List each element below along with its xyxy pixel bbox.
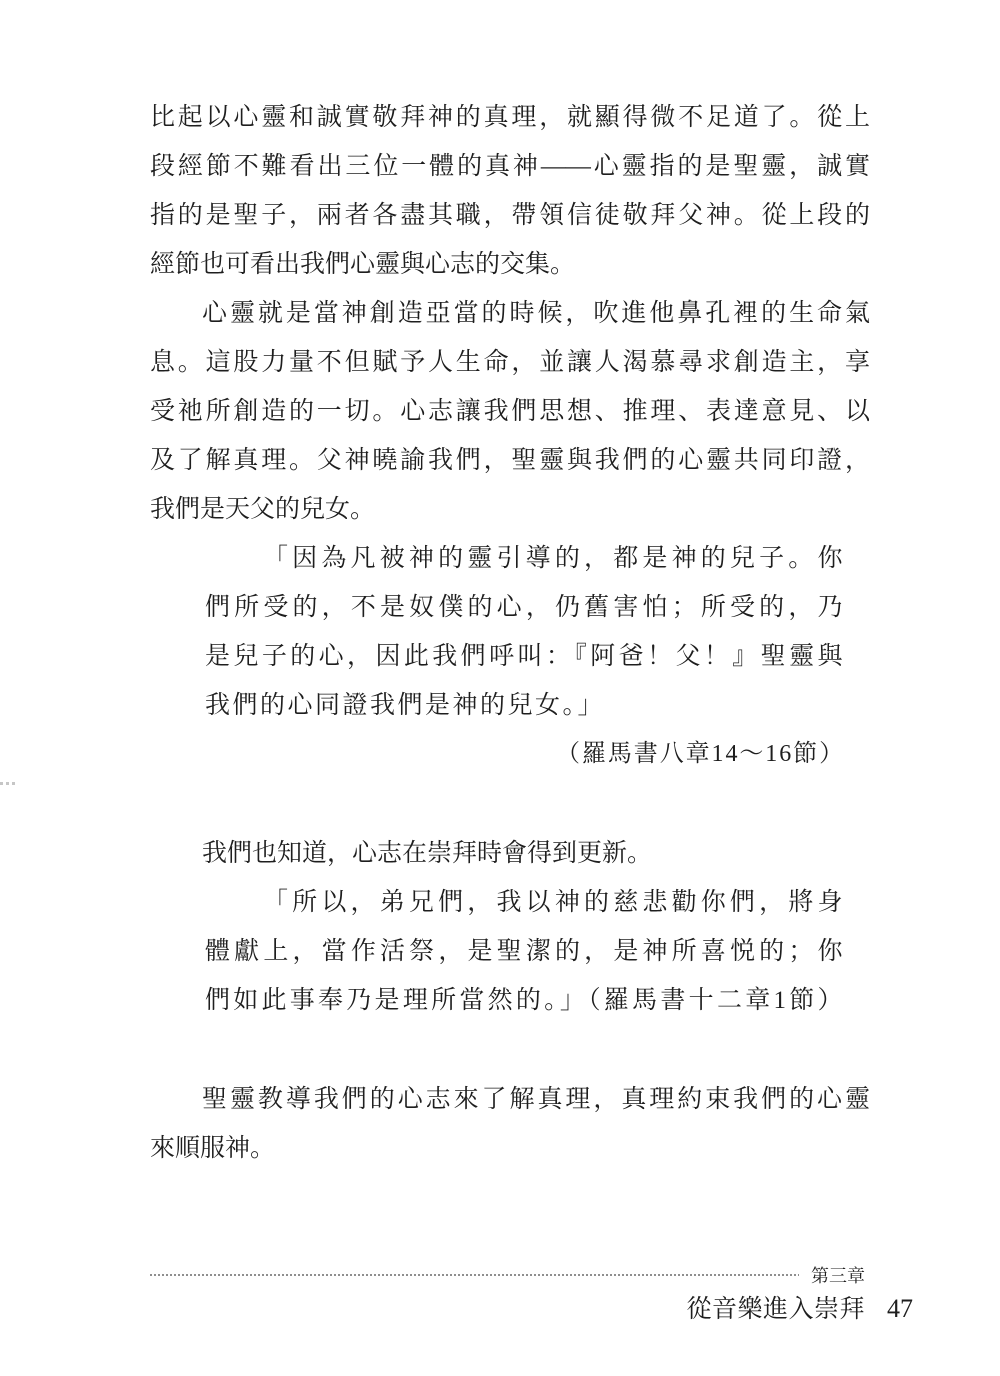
quote-line: 是兒子的心，因此我們呼叫：『阿爸！父！』聖靈與 — [205, 632, 845, 681]
text-line: 比起以心靈和誠實敬拜神的真理，就顯得微不足道了。從上 — [150, 93, 870, 142]
quote-line: 「因為凡被神的靈引導的，都是神的兒子。你 — [205, 534, 845, 583]
text-line: 我們也知道，心志在崇拜時會得到更新。 — [150, 829, 870, 878]
page-number: 47 — [887, 1294, 913, 1323]
quote-line: 們如此事奉乃是理所當然的。」（羅馬書十二章1節） — [205, 976, 845, 1025]
scripture-quote-block: 「因為凡被神的靈引導的，都是神的兒子。你 們所受的，不是奴僕的心，仍舊害怕；所受… — [205, 534, 845, 779]
text-line: 心靈就是當神創造亞當的時候，吹進他鼻孔裡的生命氣 — [150, 289, 870, 338]
text-line: 來順服神。 — [150, 1124, 870, 1173]
binding-mark — [0, 782, 16, 785]
text-line: 指的是聖子，兩者各盡其職，帶領信徒敬拜父神。從上段的 — [150, 191, 870, 240]
text-line: 息。這股力量不但賦予人生命，並讓人渴慕尋求創造主，享 — [150, 338, 870, 387]
page-content: 比起以心靈和誠實敬拜神的真理，就顯得微不足道了。從上 段經節不難看出三位一體的真… — [150, 93, 870, 1173]
text-line: 及了解真理。父神曉諭我們，聖靈與我們的心靈共同印證， — [150, 436, 870, 485]
body-paragraph: 聖靈教導我們的心志來了解真理，真理約束我們的心靈 來順服神。 — [150, 1075, 870, 1173]
book-page: 比起以心靈和誠實敬拜神的真理，就顯得微不足道了。從上 段經節不難看出三位一體的真… — [0, 0, 1000, 1376]
quote-line: 我們的心同證我們是神的兒女。」 — [205, 681, 845, 730]
text-line: 受祂所創造的一切。心志讓我們思想、推理、表達意見、以 — [150, 387, 870, 436]
text-line: 段經節不難看出三位一體的真神——心靈指的是聖靈，誠實 — [150, 142, 870, 191]
text-line: 聖靈教導我們的心志來了解真理，真理約束我們的心靈 — [150, 1075, 870, 1124]
footer-title-row: 從音樂進入崇拜 47 — [150, 1293, 913, 1325]
scripture-quote-block: 「所以，弟兄們，我以神的慈悲勸你們，將身 體獻上，當作活祭，是聖潔的，是神所喜悦… — [205, 878, 845, 1025]
quote-line: 「所以，弟兄們，我以神的慈悲勸你們，將身 — [205, 878, 845, 927]
quote-reference: （羅馬書八章14～16節） — [205, 730, 845, 779]
quote-line: 們所受的，不是奴僕的心，仍舊害怕；所受的，乃 — [205, 583, 845, 632]
body-paragraph: 比起以心靈和誠實敬拜神的真理，就顯得微不足道了。從上 段經節不難看出三位一體的真… — [150, 93, 870, 289]
body-paragraph: 我們也知道，心志在崇拜時會得到更新。 — [150, 829, 870, 878]
footer-rule — [150, 1274, 799, 1276]
body-paragraph: 心靈就是當神創造亞當的時候，吹進他鼻孔裡的生命氣 息。這股力量不但賦予人生命，並… — [150, 289, 870, 534]
page-footer: 第三章 從音樂進入崇拜 47 — [150, 1262, 913, 1325]
footer-rule-row: 第三章 — [150, 1262, 913, 1288]
chapter-label: 第三章 — [811, 1262, 865, 1288]
chapter-title: 從音樂進入崇拜 — [686, 1296, 865, 1323]
text-line: 我們是天父的兒女。 — [150, 485, 870, 534]
text-line: 經節也可看出我們心靈與心志的交集。 — [150, 240, 870, 289]
quote-line: 體獻上，當作活祭，是聖潔的，是神所喜悦的；你 — [205, 927, 845, 976]
